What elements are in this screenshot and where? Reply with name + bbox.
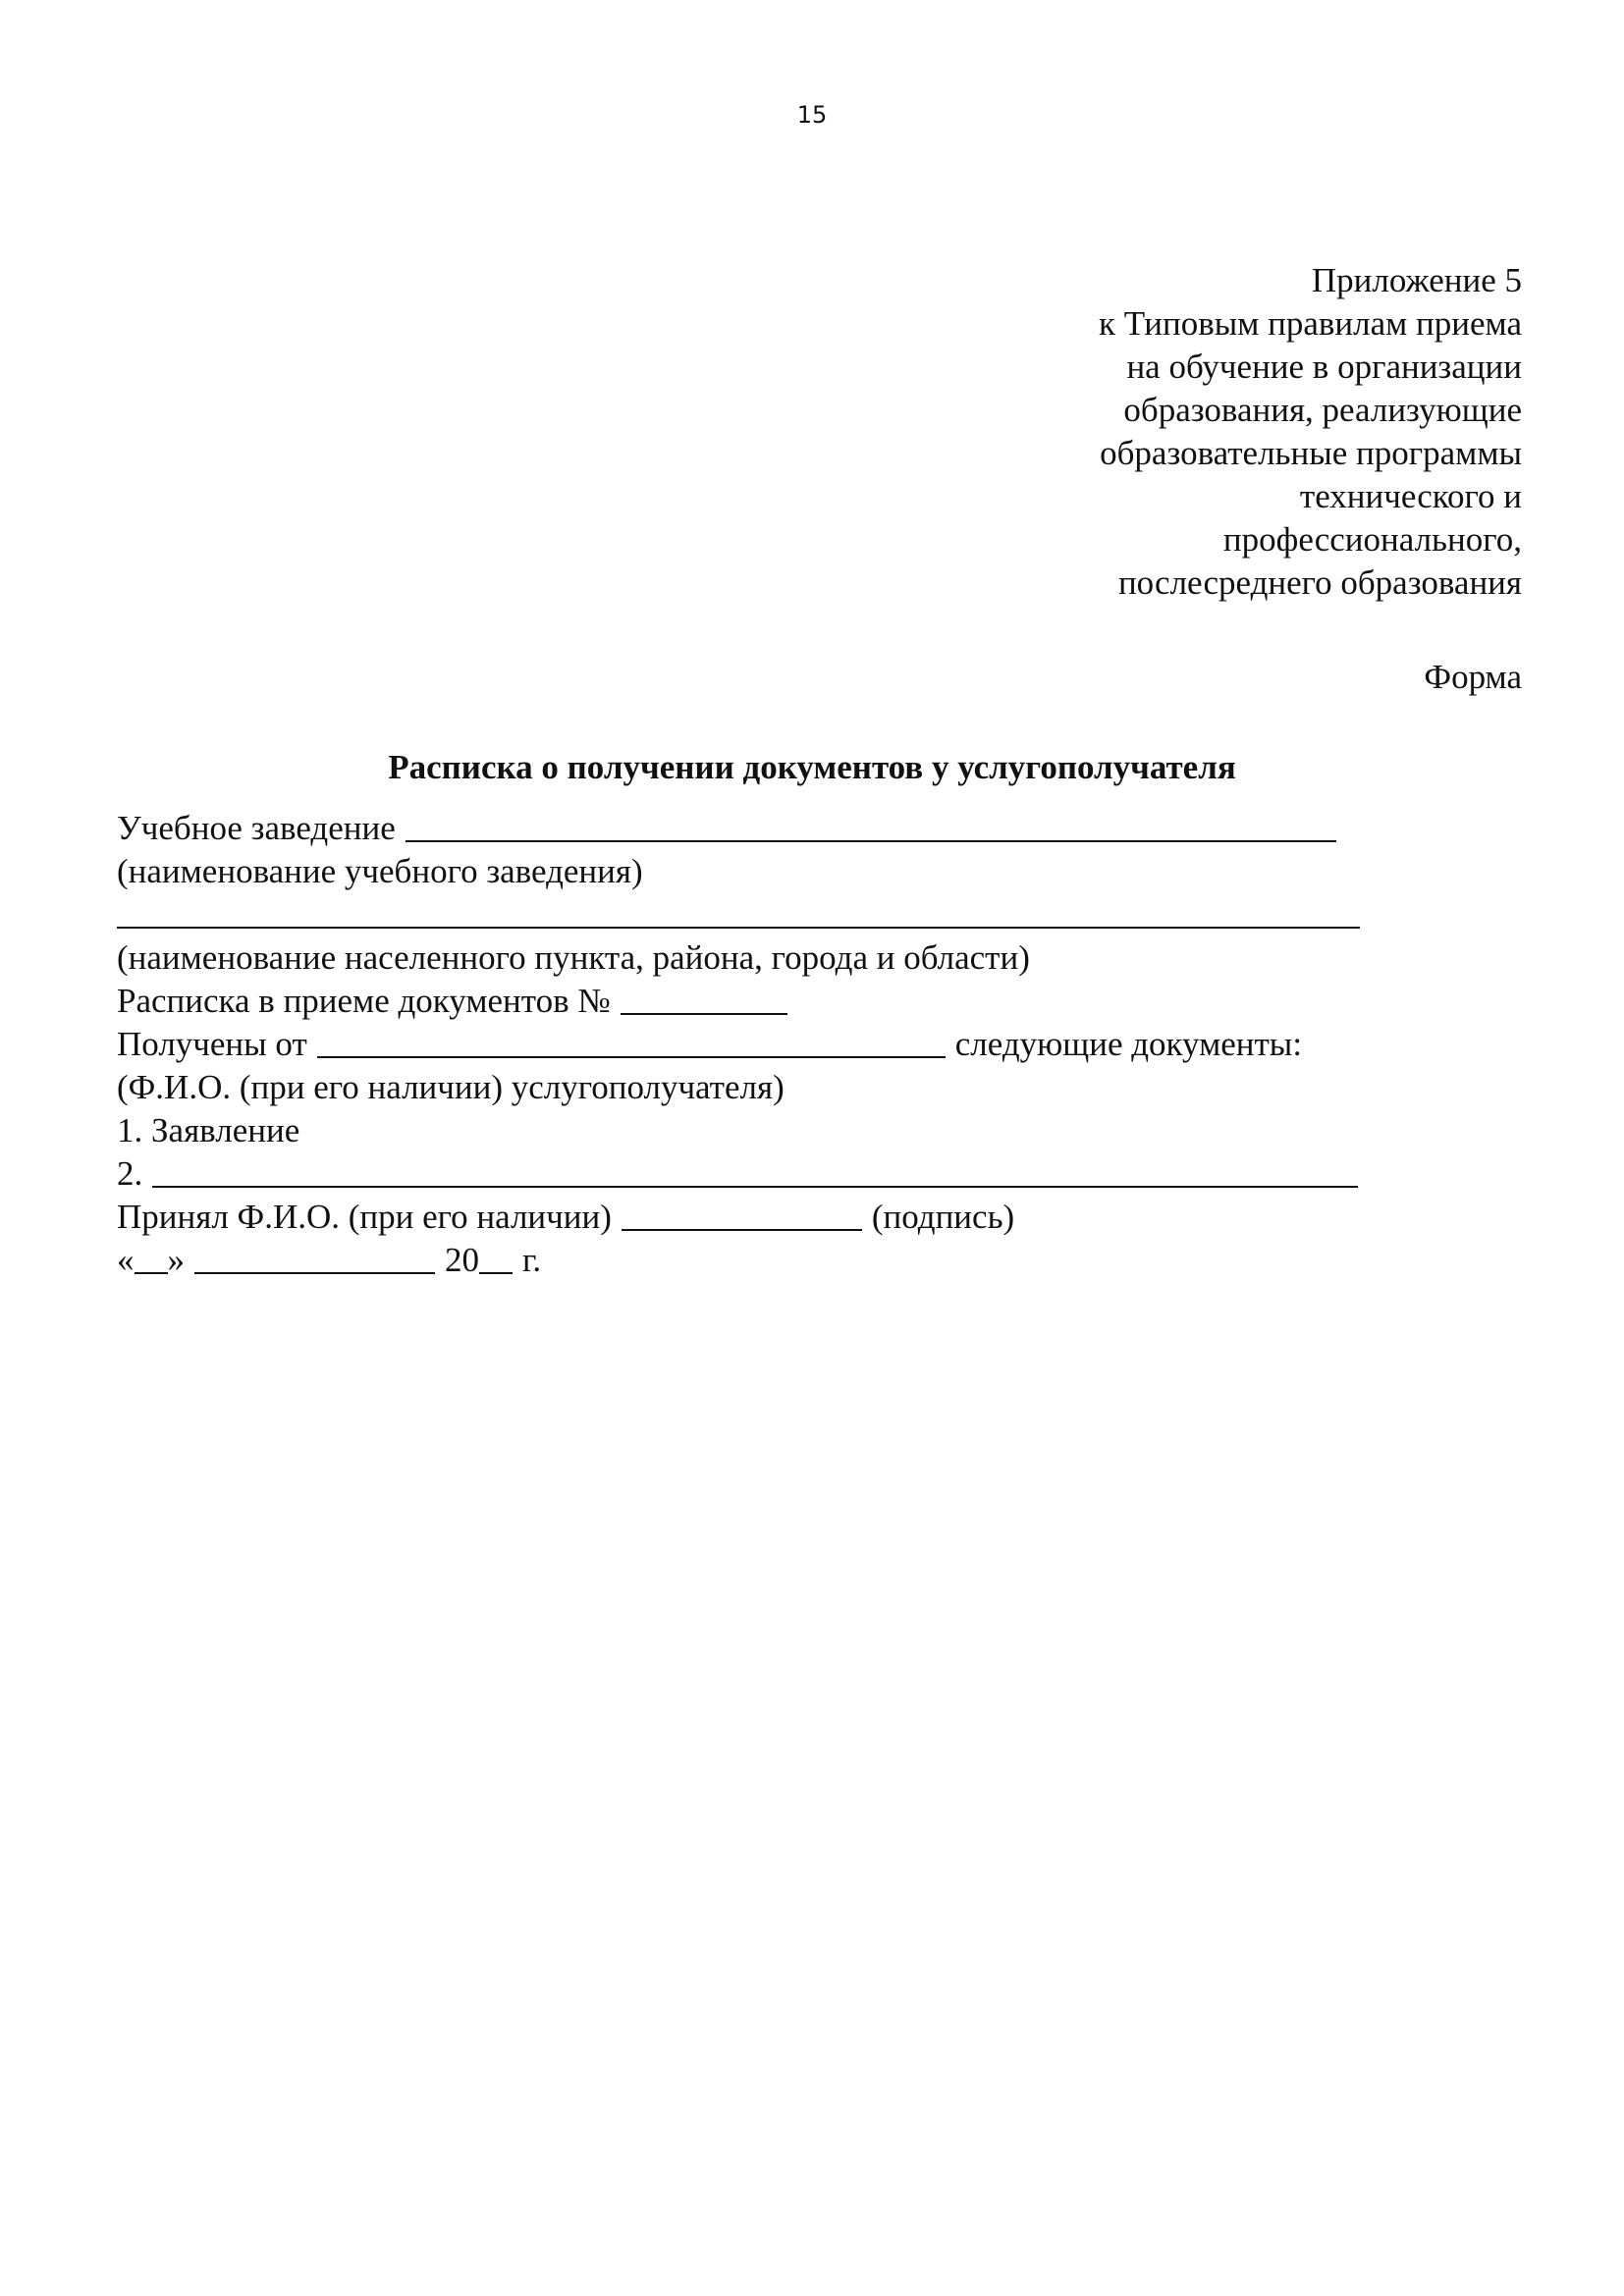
receipt-number-label: Расписка в приеме документов № [117, 980, 611, 1023]
date-row: « » 20 г. [117, 1239, 1360, 1282]
appendix-line: послесреднего образования [1099, 561, 1522, 605]
date-year-field[interactable] [479, 1243, 513, 1274]
document-item-1: 1. Заявление [117, 1109, 1360, 1152]
appendix-line: образовательные программы [1099, 432, 1522, 475]
received-from-label: Получены от [117, 1023, 307, 1066]
signature-field[interactable] [622, 1200, 862, 1231]
locality-caption-row: (наименование населенного пункта, района… [117, 936, 1360, 980]
document-item-2: 2. [117, 1152, 1360, 1196]
date-close-quote: » [168, 1239, 186, 1282]
received-from-caption: (Ф.И.О. (при его наличии) услугополучате… [117, 1066, 785, 1109]
locality-row [117, 893, 1360, 936]
date-open-quote: « [117, 1239, 135, 1282]
appendix-line: технического и [1099, 475, 1522, 518]
document-item-1-text: 1. Заявление [117, 1109, 299, 1152]
locality-field[interactable] [117, 897, 1360, 929]
received-from-suffix: следующие документы: [955, 1023, 1302, 1066]
document-item-2-label: 2. [117, 1152, 142, 1196]
receipt-number-field[interactable] [621, 984, 787, 1015]
date-year-prefix: 20 [445, 1239, 479, 1282]
date-suffix: г. [522, 1239, 541, 1282]
appendix-line: к Типовым правилам приема [1099, 302, 1522, 346]
receipt-form-body: Учебное заведение (наименование учебного… [117, 807, 1360, 1282]
date-day-field[interactable] [135, 1243, 168, 1274]
received-from-field[interactable] [317, 1027, 946, 1058]
institution-caption-row: (наименование учебного заведения) [117, 850, 1360, 893]
institution-row: Учебное заведение [117, 807, 1360, 850]
appendix-line: Приложение 5 [1099, 259, 1522, 302]
institution-field[interactable] [406, 811, 1336, 842]
receipt-number-row: Расписка в приеме документов № [117, 980, 1360, 1023]
accepted-by-label: Принял Ф.И.О. (при его наличии) [117, 1196, 612, 1239]
appendix-line: образования, реализующие [1099, 389, 1522, 432]
document-item-2-field[interactable] [152, 1156, 1358, 1188]
institution-caption: (наименование учебного заведения) [117, 850, 643, 893]
received-from-row: Получены от следующие документы: [117, 1023, 1360, 1066]
document-title: Расписка о получении документов у услуго… [0, 746, 1624, 789]
appendix-line: профессионального, [1099, 518, 1522, 561]
appendix-header: Приложение 5 к Типовым правилам приема н… [1099, 259, 1522, 605]
accepted-by-row: Принял Ф.И.О. (при его наличии) (подпись… [117, 1196, 1360, 1239]
appendix-line: на обучение в организации [1099, 346, 1522, 389]
page-number: 15 [0, 100, 1624, 130]
date-month-field[interactable] [194, 1243, 435, 1274]
institution-label: Учебное заведение [117, 807, 396, 850]
locality-caption: (наименование населенного пункта, района… [117, 936, 1030, 980]
form-label: Форма [1424, 656, 1522, 699]
signature-caption: (подпись) [872, 1196, 1014, 1239]
received-from-caption-row: (Ф.И.О. (при его наличии) услугополучате… [117, 1066, 1360, 1109]
